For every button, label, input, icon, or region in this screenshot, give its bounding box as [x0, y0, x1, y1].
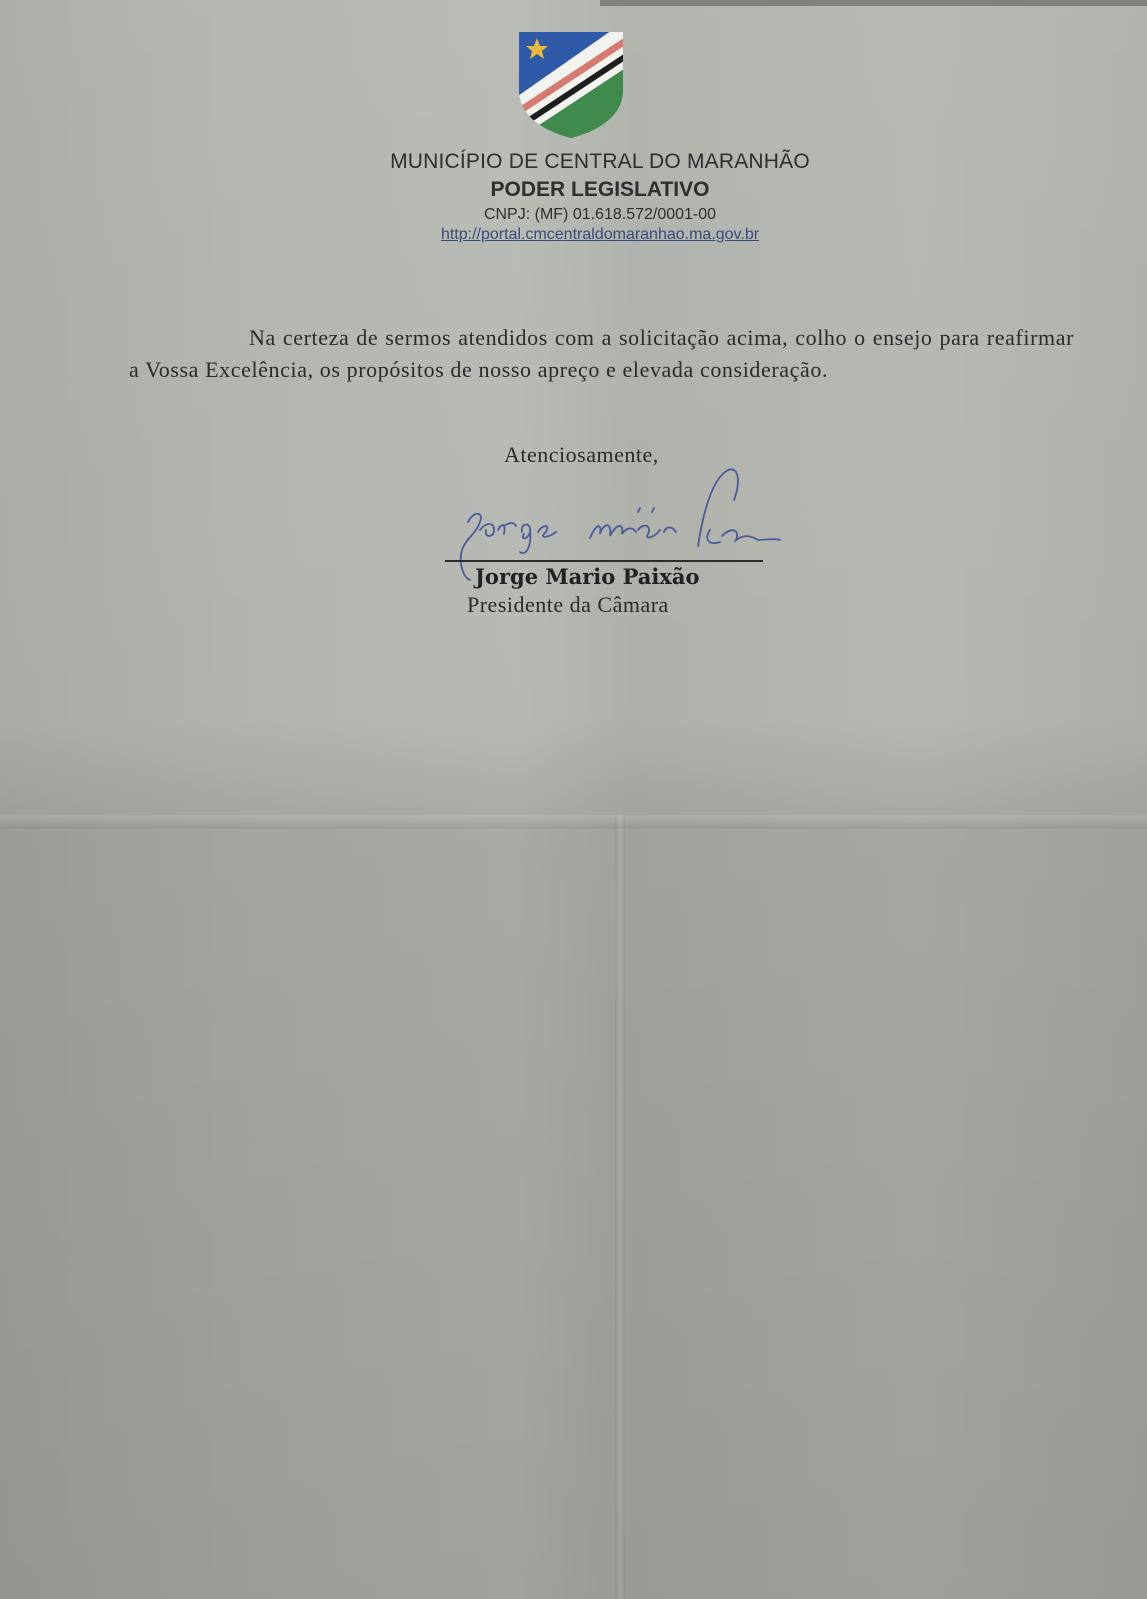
photo-background-edge [600, 0, 1147, 6]
signer-name: Jorge Mario Paixão [475, 564, 700, 589]
cnpj-number: CNPJ: (MF) 01.618.572/0001-00 [300, 206, 900, 224]
legislative-branch: PODER LEGISLATIVO [300, 178, 900, 202]
website-link[interactable]: http://portal.cmcentraldomaranhao.ma.gov… [300, 226, 900, 244]
signature-line [445, 560, 763, 562]
signer-title: Presidente da Câmara [467, 592, 669, 618]
municipality-name: MUNICÍPIO DE CENTRAL DO MARANHÃO [300, 150, 900, 174]
paper-fold-vertical [615, 815, 625, 1599]
letter-body-paragraph: Na certeza de sermos atendidos com a sol… [129, 322, 1074, 386]
municipal-crest-icon [515, 28, 627, 140]
paper-fold-horizontal [0, 815, 1147, 829]
